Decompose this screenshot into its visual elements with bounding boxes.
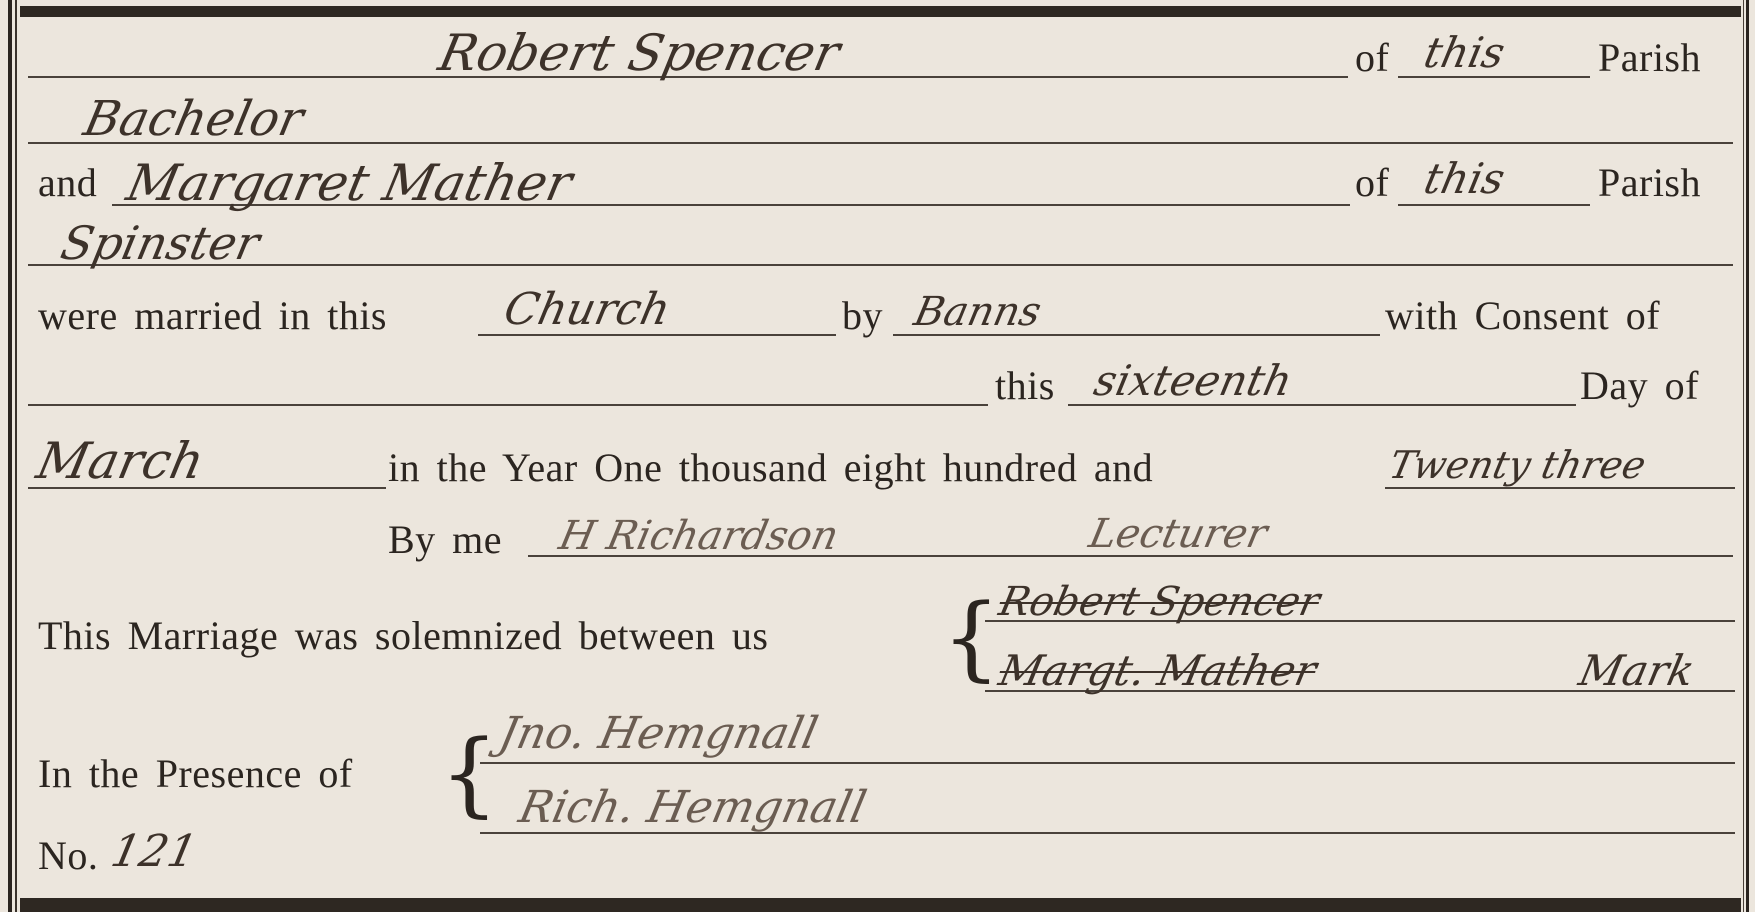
groom-signature: Robert Spencer — [996, 582, 1324, 622]
solemnized-label: This Marriage was solemnized between us — [38, 616, 768, 656]
consent-label: with Consent of — [1385, 296, 1660, 336]
bride-signature: Margt. Mather — [996, 650, 1320, 692]
left-border-outer — [8, 0, 12, 912]
witness-1: Jno. Hemgnall — [495, 712, 821, 756]
groom-name: Robert Spencer — [435, 28, 844, 78]
marriage-register-page: Robert Spencer of this Parish Bachelor a… — [0, 0, 1755, 912]
consent-rule — [28, 404, 988, 406]
bride-parish-label: Parish — [1598, 163, 1701, 203]
year-label: in the Year One thousand eight hundred a… — [388, 448, 1153, 488]
by-label: by — [842, 296, 883, 336]
place-value: Church — [500, 288, 674, 332]
presence-label: In the Presence of — [38, 754, 353, 794]
groom-condition: Bachelor — [80, 95, 307, 143]
right-border-outer — [1746, 0, 1749, 912]
bride-parish-rule — [1398, 204, 1590, 206]
right-border-inner — [1743, 0, 1744, 912]
year-rule — [1385, 487, 1735, 489]
solemnized-brace: { — [942, 592, 1001, 684]
month-value: March — [33, 436, 209, 486]
bride-parish-value: this — [1421, 158, 1509, 200]
bride-of-label: of — [1355, 163, 1389, 203]
bride-mark: Mark — [1576, 650, 1699, 692]
witness-brace: { — [440, 728, 499, 820]
bottom-border-bar — [20, 898, 1741, 912]
witness-rule-1 — [480, 762, 1735, 764]
by-me-label: By me — [388, 520, 502, 560]
groom-of-label: of — [1355, 38, 1389, 78]
left-border-inner — [15, 0, 17, 912]
officiant-name: H Richardson — [556, 516, 842, 556]
groom-parish-label: Parish — [1598, 38, 1701, 78]
day-of-label: Day of — [1580, 366, 1699, 406]
top-border-bar — [20, 6, 1741, 17]
bride-condition-rule — [28, 264, 1733, 266]
year-value: Twenty three — [1386, 446, 1649, 484]
entry-number-value: 121 — [107, 830, 200, 874]
bride-name: Margaret Mather — [123, 158, 577, 208]
married-in-label: were married in this — [38, 296, 387, 336]
day-value: sixteenth — [1091, 360, 1296, 402]
groom-parish-value: this — [1421, 32, 1509, 74]
officiant-title: Lecturer — [1086, 514, 1271, 554]
bride-and-label: and — [38, 163, 97, 203]
this-label: this — [995, 366, 1055, 406]
entry-number-label: No. — [38, 836, 98, 876]
witness-2: Rich. Hemgnall — [515, 786, 870, 830]
method-value: Banns — [911, 292, 1045, 332]
bride-condition: Spinster — [57, 220, 263, 266]
